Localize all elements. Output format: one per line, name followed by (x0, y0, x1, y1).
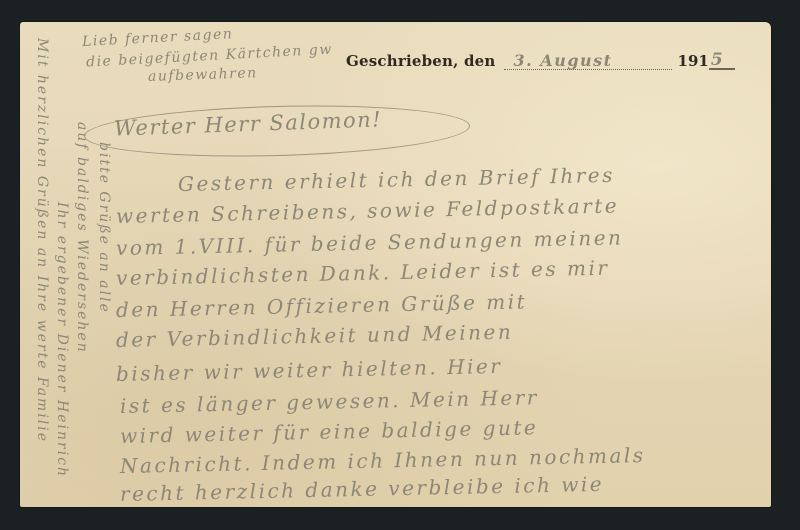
body-line-9: wird weiter für eine baldige gute (120, 415, 539, 448)
printed-label-geschrieben: Geschrieben, den (346, 52, 496, 70)
margin-note-2: Ihr ergebener Diener Heinrich (54, 202, 70, 478)
year-suffix-field: 5 (709, 50, 735, 70)
margin-note-1: Mit herzlichen Grüßen an Ihre werte Fami… (34, 38, 50, 443)
margin-note-3: auf baldiges Wiedersehen (74, 122, 90, 354)
handwritten-date: 3. August (514, 51, 613, 70)
margin-note-4: bitte Grüße an alle (96, 142, 112, 314)
salutation-block: Werter Herr Salomon! (84, 102, 476, 158)
body-line-1: Gestern erhielt ich den Brief Ihres (178, 163, 615, 196)
body-line-8: ist es länger gewesen. Mein Herr (120, 385, 539, 418)
body-line-7: bisher wir weiter hielten. Hier (116, 354, 503, 386)
header-note-3: aufbewahren (148, 65, 258, 85)
body-line-11: recht herzlich danke verbleibe ich wie (120, 472, 605, 506)
body-line-5: den Herren Offizieren Grüße mit (116, 289, 528, 322)
body-line-3: vom 1.VIII. für beide Sendungen meinen (116, 225, 624, 260)
printed-date-line: Geschrieben, den 3. August 191 5 (346, 46, 735, 70)
body-line-2: werten Schreibens, sowie Feldpostkarte (116, 193, 620, 228)
postcard: Geschrieben, den 3. August 191 5 Lieb fe… (20, 22, 771, 507)
handwritten-year-suffix: 5 (711, 50, 724, 70)
date-field: 3. August (504, 49, 672, 70)
body-line-4: verbindlichsten Dank. Leider ist es mir (116, 256, 610, 290)
body-line-6: der Verbindlichkeit und Meinen (116, 320, 514, 352)
year-field: 191 5 (678, 50, 735, 70)
header-note-1: Lieb ferner sagen (82, 26, 234, 50)
printed-year-prefix: 191 (678, 52, 709, 70)
